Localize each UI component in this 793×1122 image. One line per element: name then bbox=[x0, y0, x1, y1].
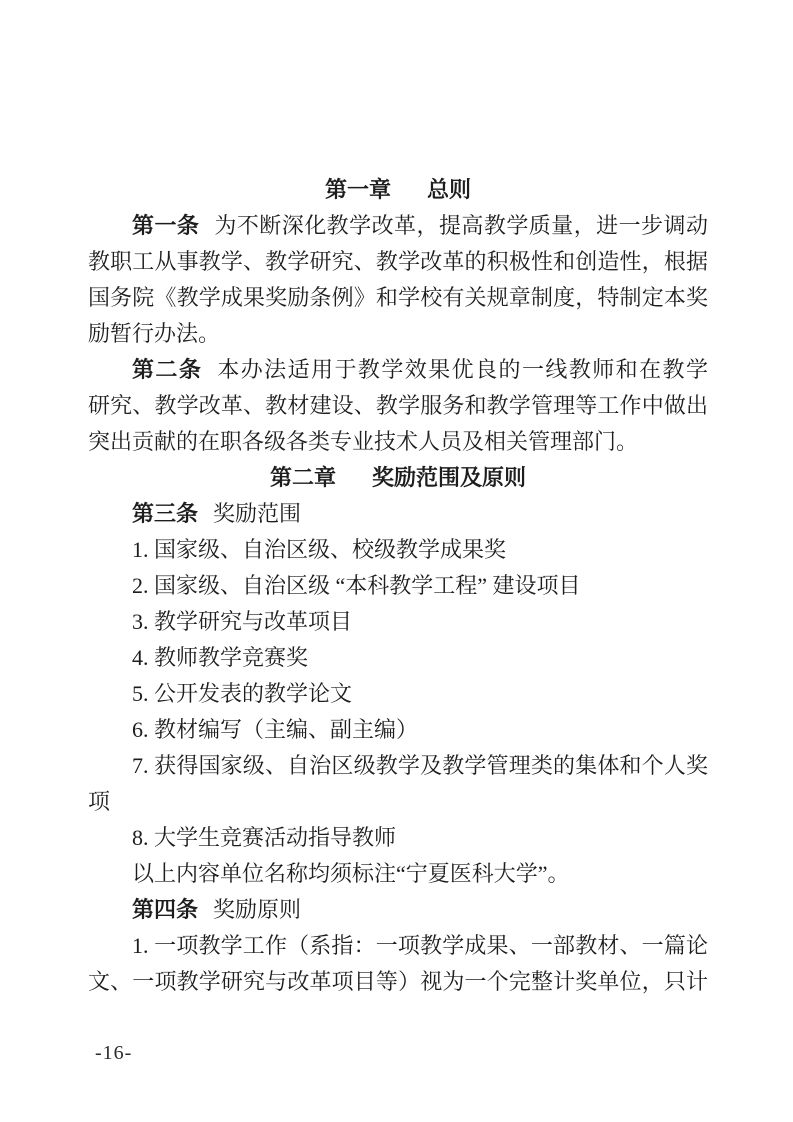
text-line: 项 bbox=[88, 784, 708, 820]
chapter-number: 第一章 bbox=[325, 177, 391, 202]
chapter-number: 第二章 bbox=[270, 465, 336, 490]
line-text: 励暂行办法。 bbox=[88, 321, 220, 346]
line-text: 6. 教材编写（主编、副主编） bbox=[132, 717, 418, 742]
line-text: 以上内容单位名称均须标注“宁夏医科大学”。 bbox=[132, 861, 570, 886]
text-line: 4. 教师教学竞赛奖 bbox=[88, 640, 708, 676]
article-paragraph-line: 第四条奖励原则 bbox=[88, 892, 708, 928]
line-text: 研究、教学改革、教材建设、教学服务和教学管理等工作中做出 bbox=[88, 393, 708, 418]
article-paragraph-line: 第二条本办法适用于教学效果优良的一线教师和在教学 bbox=[88, 352, 708, 388]
article-number-label: 第一条 bbox=[132, 213, 199, 238]
line-text: 7. 获得国家级、自治区级教学及教学管理类的集体和个人奖 bbox=[132, 753, 708, 778]
document-body: 第一章总则第一条为不断深化教学改革，提高教学质量，进一步调动教职工从事教学、教学… bbox=[88, 172, 708, 1000]
line-text: 1. 一项教学工作（系指：一项教学成果、一部教材、一篇论 bbox=[132, 933, 708, 958]
line-text: 8. 大学生竞赛活动指导教师 bbox=[132, 825, 396, 850]
text-line: 研究、教学改革、教材建设、教学服务和教学管理等工作中做出 bbox=[88, 388, 708, 424]
text-line: 励暂行办法。 bbox=[88, 316, 708, 352]
line-text: 国务院《教学成果奖励条例》和学校有关规章制度，特制定本奖 bbox=[88, 285, 708, 310]
chapter-heading: 第一章总则 bbox=[88, 172, 708, 208]
line-text: 3. 教学研究与改革项目 bbox=[132, 609, 352, 634]
text-line: 6. 教材编写（主编、副主编） bbox=[88, 712, 708, 748]
line-text: 1. 国家级、自治区级、校级教学成果奖 bbox=[132, 537, 506, 562]
article-paragraph-line: 第三条奖励范围 bbox=[88, 496, 708, 532]
text-line: 教职工从事教学、教学研究、教学改革的积极性和创造性，根据 bbox=[88, 244, 708, 280]
text-line: 1. 国家级、自治区级、校级教学成果奖 bbox=[88, 532, 708, 568]
line-text: 文、一项教学研究与改革项目等）视为一个完整计奖单位，只计 bbox=[88, 969, 708, 994]
text-line: 国务院《教学成果奖励条例》和学校有关规章制度，特制定本奖 bbox=[88, 280, 708, 316]
text-line: 5. 公开发表的教学论文 bbox=[88, 676, 708, 712]
line-text: 4. 教师教学竞赛奖 bbox=[132, 645, 308, 670]
text-line: 8. 大学生竞赛活动指导教师 bbox=[88, 820, 708, 856]
text-line: 7. 获得国家级、自治区级教学及教学管理类的集体和个人奖 bbox=[88, 748, 708, 784]
article-number-label: 第四条 bbox=[132, 897, 198, 922]
line-text: 为不断深化教学改革，提高教学质量，进一步调动 bbox=[214, 213, 708, 238]
text-line: 3. 教学研究与改革项目 bbox=[88, 604, 708, 640]
article-number-label: 第二条 bbox=[132, 357, 202, 382]
line-text: 教职工从事教学、教学研究、教学改革的积极性和创造性，根据 bbox=[88, 249, 708, 274]
page-number: -16- bbox=[95, 1040, 132, 1066]
chapter-title: 奖励范围及原则 bbox=[372, 465, 526, 490]
line-text: 奖励范围 bbox=[213, 501, 301, 526]
line-text: 2. 国家级、自治区级 “本科教学工程” 建设项目 bbox=[132, 573, 581, 598]
text-line: 文、一项教学研究与改革项目等）视为一个完整计奖单位，只计 bbox=[88, 964, 708, 1000]
text-line: 2. 国家级、自治区级 “本科教学工程” 建设项目 bbox=[88, 568, 708, 604]
line-text: 奖励原则 bbox=[213, 897, 301, 922]
text-line: 以上内容单位名称均须标注“宁夏医科大学”。 bbox=[88, 856, 708, 892]
line-text: 5. 公开发表的教学论文 bbox=[132, 681, 352, 706]
text-line: 突出贡献的在职各级各类专业技术人员及相关管理部门。 bbox=[88, 424, 708, 460]
chapter-title: 总则 bbox=[427, 177, 471, 202]
text-line: 1. 一项教学工作（系指：一项教学成果、一部教材、一篇论 bbox=[88, 928, 708, 964]
chapter-heading: 第二章奖励范围及原则 bbox=[88, 460, 708, 496]
line-text: 本办法适用于教学效果优良的一线教师和在教学 bbox=[217, 357, 708, 382]
line-text: 突出贡献的在职各级各类专业技术人员及相关管理部门。 bbox=[88, 429, 638, 454]
line-text: 项 bbox=[88, 789, 110, 814]
article-paragraph-line: 第一条为不断深化教学改革，提高教学质量，进一步调动 bbox=[88, 208, 708, 244]
document-page: 第一章总则第一条为不断深化教学改革，提高教学质量，进一步调动教职工从事教学、教学… bbox=[0, 0, 793, 1122]
article-number-label: 第三条 bbox=[132, 501, 198, 526]
